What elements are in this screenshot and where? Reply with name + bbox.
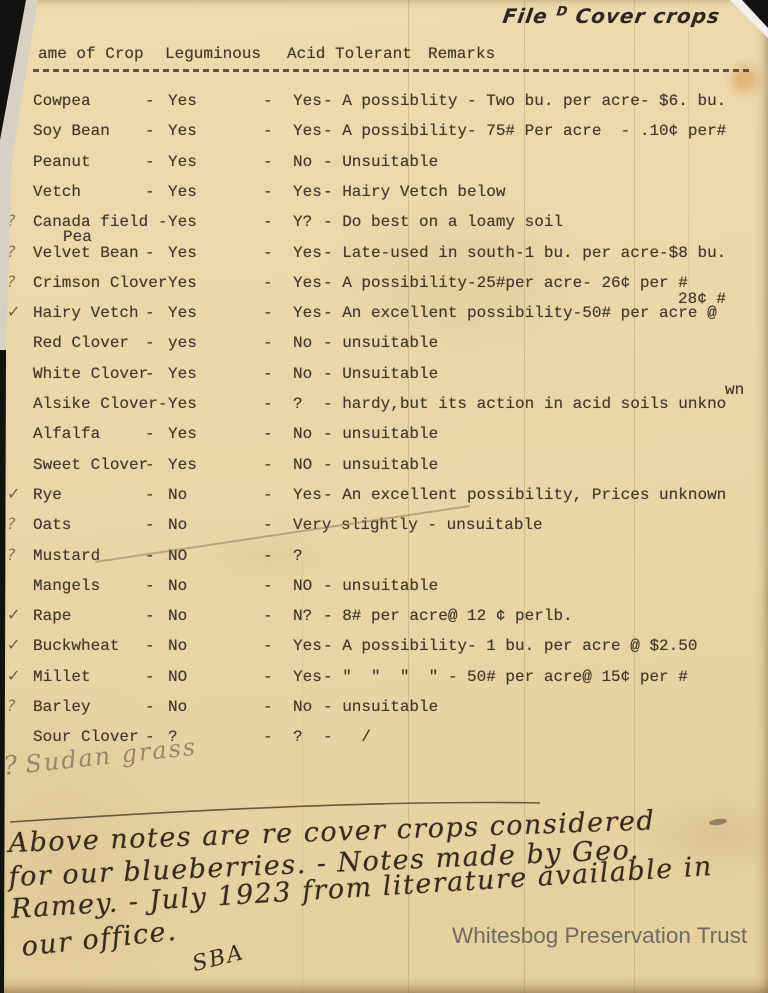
separator-dash: - <box>263 366 293 383</box>
margin-mark: ✓ <box>7 636 20 653</box>
separator-dash: - <box>145 335 168 352</box>
table-row: Mangels-No-NO- unsuitable <box>33 578 754 595</box>
separator-dash: - <box>145 123 168 140</box>
file-label-word: File <box>501 4 549 28</box>
crop-name-cell: Millet <box>33 669 145 686</box>
separator-dash: - <box>145 487 168 504</box>
remarks-cell: - hardy,but its action in acid soils unk… <box>323 396 726 413</box>
col-header-name: ame of Crop <box>38 46 144 63</box>
separator-dash: - <box>145 426 168 443</box>
separator-dash: - <box>263 305 293 322</box>
leguminous-cell: Yes <box>168 154 263 171</box>
separator-dash: - <box>263 245 293 262</box>
separator-dash: - <box>263 426 293 443</box>
remarks-cell: - / <box>323 729 371 746</box>
margin-mark: ✓ <box>7 606 20 623</box>
table-row: ✓Buckwheat-No-Yes- A possibility- 1 bu. … <box>33 638 754 655</box>
handwritten-file-label: File D Cover crops <box>501 4 722 28</box>
separator-dash: - <box>145 608 168 625</box>
table-row: ✓Hairy Vetch-Yes-Yes- An excellent possi… <box>33 305 754 322</box>
margin-mark: ? <box>7 546 16 563</box>
separator-dash: - <box>263 487 293 504</box>
remarks-cell: - A possibility- 1 bu. per acre @ $2.50 <box>323 638 697 655</box>
acid-tolerant-cell: No <box>293 366 323 383</box>
table-row: ✓Millet-NO-Yes- " " " " - 50# per acre@ … <box>33 669 754 686</box>
leguminous-cell: No <box>168 638 263 655</box>
remarks-cell: - Hairy Vetch below <box>323 184 505 201</box>
separator-dash: - <box>263 457 293 474</box>
separator-dash: - <box>145 154 168 171</box>
remarks-cell: - unsuitable <box>418 517 543 534</box>
acid-tolerant-cell: Yes <box>293 275 323 292</box>
acid-tolerant-cell: Yes <box>293 245 323 262</box>
separator-dash: - <box>263 335 293 352</box>
leguminous-cell: Yes <box>168 245 263 262</box>
paper-sheet: File D Cover crops ame of Crop Leguminou… <box>0 0 768 993</box>
separator-dash: - <box>263 123 293 140</box>
file-label-subject: Cover crops <box>574 4 722 28</box>
crop-name-cell: Vetch <box>33 184 145 201</box>
crop-name-cell: Red Clover <box>33 335 145 352</box>
acid-tolerant-cell: No <box>293 426 323 443</box>
separator-dash: - <box>263 396 293 413</box>
table-row: ?Canada field -Yes-Y?- Do best on a loam… <box>33 214 754 231</box>
separator-dash: - <box>145 93 168 110</box>
leguminous-cell: Yes <box>168 123 263 140</box>
remarks-cell: - An excellent possibility-50# per acre … <box>323 305 717 322</box>
acid-tolerant-cell: NO <box>293 457 323 474</box>
crop-name-cell: Peanut <box>33 154 145 171</box>
remarks-cell: - " " " " - 50# per acre@ 15¢ per # <box>323 669 688 686</box>
crop-name-cell: Oats <box>33 517 145 534</box>
separator-dash: - <box>145 366 168 383</box>
col-header-acid-tolerant: Acid Tolerant <box>287 46 412 63</box>
separator-dash: - <box>263 154 293 171</box>
leguminous-cell: Yes <box>168 275 263 292</box>
watermark-whitesbog-preservation-trust: Whitesbog Preservation Trust <box>452 923 747 949</box>
table-row: ?Velvet Bean-Yes-Yes- Late-used in south… <box>33 245 754 262</box>
margin-mark: ? <box>7 697 16 714</box>
crop-name-cell: Alfalfa <box>33 426 145 443</box>
table-row: ?Crimson CloverYes-Yes- A possibility-25… <box>33 275 754 292</box>
leguminous-cell: No <box>168 487 263 504</box>
acid-tolerant-cell: Yes <box>293 305 323 322</box>
margin-mark: ✓ <box>7 667 20 684</box>
leguminous-cell: yes <box>168 335 263 352</box>
table-row: Alsike Clover-Yes-?- hardy,but its actio… <box>33 396 754 413</box>
table-row: White Clover-Yes-No- Unsuitable <box>33 366 754 383</box>
leguminous-cell: NO <box>168 548 263 565</box>
acid-tolerant-cell: Yes <box>293 638 323 655</box>
separator-dash: - <box>263 608 293 625</box>
table-row: ?Barley-No-No- unsuitable <box>33 699 754 716</box>
separator-dash: - <box>145 245 168 262</box>
remarks-cell: - unsuitable <box>323 699 438 716</box>
crop-name-cell: Rye <box>33 487 145 504</box>
crop-name-cell: Cowpea <box>33 93 145 110</box>
acid-tolerant-cell: Yes <box>293 93 323 110</box>
separator-dash: - <box>145 638 168 655</box>
leguminous-cell: Yes <box>168 396 263 413</box>
acid-tolerant-cell: N? <box>293 608 323 625</box>
crop-name-cell: Rape <box>33 608 145 625</box>
interline-correction: 28¢ # <box>678 291 726 308</box>
table-row: Peanut-Yes-No- Unsuitable <box>33 154 754 171</box>
pencil-question-mark: ? <box>2 750 21 782</box>
crop-name-cell: Crimson Clover <box>33 275 145 292</box>
remarks-cell: - unsuitable <box>323 426 438 443</box>
margin-mark: ✓ <box>7 485 20 502</box>
leguminous-cell: Yes <box>168 184 263 201</box>
table-row: Cowpea-Yes-Yes- A possiblity - Two bu. p… <box>33 93 754 110</box>
crop-name-cell: Buckwheat <box>33 638 145 655</box>
remarks-cell: - A possibility-25#per acre- 26¢ per # <box>323 275 688 292</box>
separator-dash: - <box>263 184 293 201</box>
separator-dash: - <box>263 669 293 686</box>
crop-name-cell: Barley <box>33 699 145 716</box>
acid-tolerant-cell: Yes <box>293 669 323 686</box>
table-row: Sweet Clover-Yes-NO- unsuitable <box>33 457 754 474</box>
separator-dash: - <box>263 93 293 110</box>
crop-name-cell: White Clover <box>33 366 145 383</box>
separator-dash: - <box>263 517 293 534</box>
file-label-letter: D <box>555 4 569 19</box>
leguminous-cell: No <box>168 517 263 534</box>
acid-tolerant-cell: Yes <box>293 487 323 504</box>
leguminous-cell: Yes <box>168 457 263 474</box>
interline-correction: wn <box>725 382 744 399</box>
acid-tolerant-cell: No <box>293 154 323 171</box>
table-row: ✓Rye-No-Yes- An excellent possibility, P… <box>33 487 754 504</box>
separator-dash: - <box>145 548 168 565</box>
separator-dash: - <box>263 699 293 716</box>
remarks-cell: - unsuitable <box>323 335 438 352</box>
separator-dash: - <box>263 729 293 746</box>
table-row: ?Oats-No-Very slightly - unsuitable <box>33 517 754 534</box>
leguminous-cell: No <box>168 578 263 595</box>
remarks-cell: - Unsuitable <box>323 366 438 383</box>
table-row: Vetch-Yes-Yes- Hairy Vetch below <box>33 184 754 201</box>
leguminous-cell: Yes <box>168 93 263 110</box>
margin-mark: ? <box>7 515 16 532</box>
dashed-rule <box>33 69 749 72</box>
ink-smudge <box>709 818 728 826</box>
remarks-cell: - unsuitable <box>323 457 438 474</box>
crop-name-cell: Soy Bean <box>33 123 145 140</box>
remarks-cell: - Unsuitable <box>323 154 438 171</box>
acid-tolerant-cell: NO <box>293 578 323 595</box>
leguminous-cell: No <box>168 608 263 625</box>
col-header-leguminous: Leguminous <box>165 46 261 63</box>
leguminous-cell: Yes <box>168 426 263 443</box>
remarks-cell: - A possibility- 75# Per acre - .10¢ per… <box>323 123 726 140</box>
crop-name-cell: Velvet Bean <box>33 245 145 262</box>
remarks-cell: - A possiblity - Two bu. per acre- $6. b… <box>323 93 726 110</box>
scanned-document-page: { "top_note": { "part1": "File", "sup": … <box>0 0 768 993</box>
separator-dash: - <box>145 184 168 201</box>
col-header-remarks: Remarks <box>428 46 495 63</box>
leguminous-cell: Yes <box>168 214 263 231</box>
separator-dash: - <box>263 214 293 231</box>
separator-dash <box>145 396 168 413</box>
leguminous-cell: Yes <box>168 305 263 322</box>
remarks-cell: - Do best on a loamy soil <box>323 214 563 231</box>
separator-dash <box>145 275 168 292</box>
separator-dash: - <box>145 457 168 474</box>
crop-name-cell: Hairy Vetch <box>33 305 145 322</box>
separator-dash: - <box>263 548 293 565</box>
remarks-cell: - unsuitable <box>323 578 438 595</box>
separator-dash: - <box>145 517 168 534</box>
acid-tolerant-cell: Yes <box>293 123 323 140</box>
acid-tolerant-cell: No <box>293 699 323 716</box>
acid-tolerant-cell: ? <box>293 396 323 413</box>
crop-name-cell: Mangels <box>33 578 145 595</box>
acid-tolerant-cell: ? <box>293 548 323 565</box>
margin-mark: ✓ <box>7 303 20 320</box>
table-row: Soy Bean-Yes-Yes- A possibility- 75# Per… <box>33 123 754 140</box>
acid-tolerant-cell: No <box>293 335 323 352</box>
acid-tolerant-cell: Y? <box>293 214 323 231</box>
table-row: ✓Rape-No-N?- 8# per acre@ 12 ¢ perlb. <box>33 608 754 625</box>
crop-name-cell: Alsike Clover- <box>33 396 145 413</box>
separator-dash: - <box>145 578 168 595</box>
separator-dash <box>145 214 168 231</box>
table-row: ?Mustard-NO-? <box>33 548 754 565</box>
leguminous-cell: Yes <box>168 366 263 383</box>
remarks-cell: - Late-used in south-1 bu. per acre-$8 b… <box>323 245 726 262</box>
remarks-cell: - 8# per acre@ 12 ¢ perlb. <box>323 608 573 625</box>
crop-name-cell: Sweet Clover <box>33 457 145 474</box>
separator-dash: - <box>145 669 168 686</box>
crop-name-cell: Mustard <box>33 548 145 565</box>
separator-dash: - <box>263 578 293 595</box>
separator-dash: - <box>145 305 168 322</box>
separator-dash: - <box>263 275 293 292</box>
acid-tolerant-cell: Yes <box>293 184 323 201</box>
table-row: Alfalfa-Yes-No- unsuitable <box>33 426 754 443</box>
separator-dash: - <box>263 638 293 655</box>
acid-tolerant-cell: ? <box>293 729 323 746</box>
leguminous-cell: NO <box>168 669 263 686</box>
table-row: Red Clover-yes-No- unsuitable <box>33 335 754 352</box>
separator-dash: - <box>145 699 168 716</box>
leguminous-cell: No <box>168 699 263 716</box>
signature-initials: SBA <box>190 940 248 977</box>
acid-tolerant-cell: Very slightly <box>293 517 418 534</box>
remarks-cell: - An excellent possibility, Prices unkno… <box>323 487 726 504</box>
